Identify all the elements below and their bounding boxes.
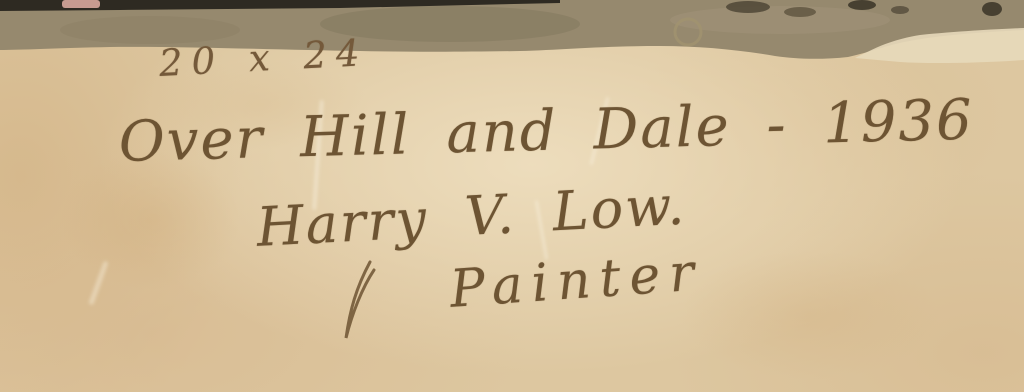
photo-of-painting-verso: 20 x 24 Over Hill and Dale - 1936 Harry … [0,0,1024,392]
aged-paper-background [0,0,1024,392]
